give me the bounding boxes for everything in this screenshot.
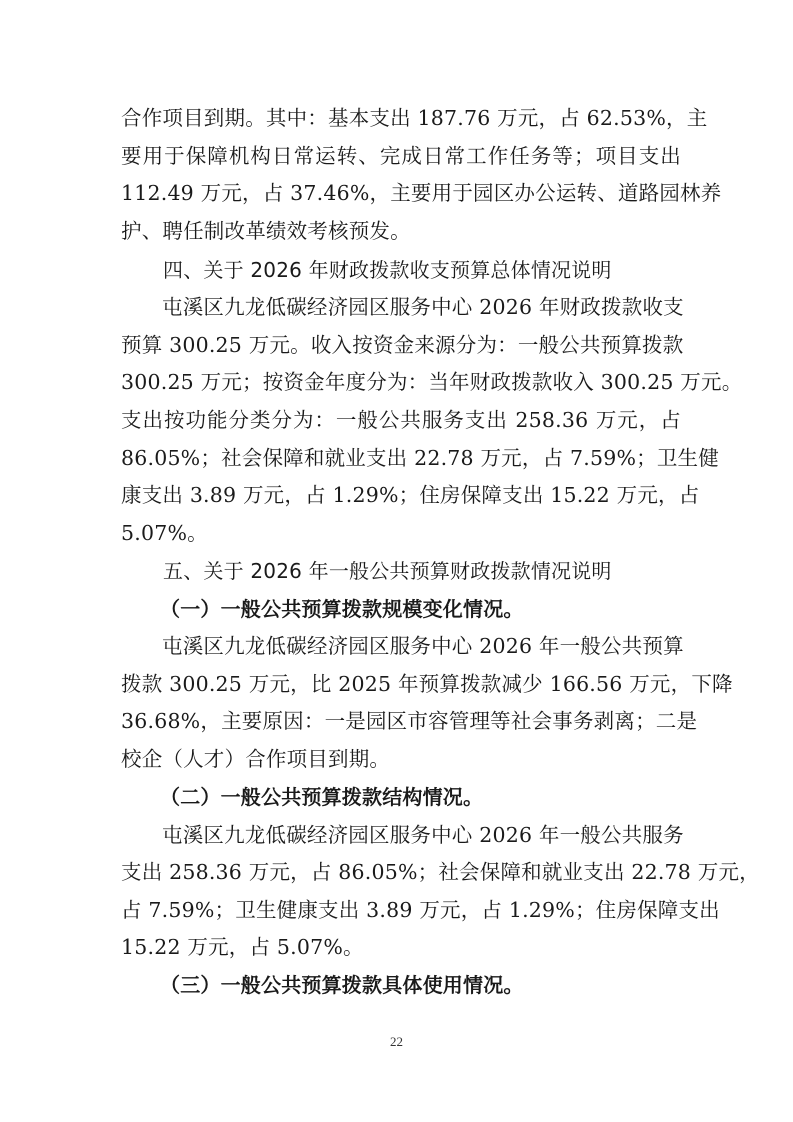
paragraph-line: 屯溪区九龙低碳经济园区服务中心 2026 年一般公共预算 bbox=[162, 631, 681, 661]
paragraph-line: 预算 300.25 万元。收入按资金来源分为：一般公共预算拨款 bbox=[121, 330, 681, 360]
subheading-1: （一）一般公共预算拨款规模变化情况。 bbox=[160, 594, 524, 624]
paragraph-line: 15.22 万元，占 5.07%。 bbox=[121, 932, 681, 962]
paragraph-line: 支出按功能分类分为：一般公共服务支出 258.36 万元，占 bbox=[121, 405, 681, 435]
section-heading-5: 五、关于 2026 年一般公共预算财政拨款情况说明 bbox=[163, 556, 612, 586]
paragraph-line: 86.05%；社会保障和就业支出 22.78 万元，占 7.59%；卫生健 bbox=[121, 443, 681, 473]
paragraph-line: 36.68%，主要原因：一是园区市容管理等社会事务剥离；二是 bbox=[121, 706, 681, 736]
paragraph-line: 5.07%。 bbox=[121, 518, 681, 548]
page-number: 22 bbox=[0, 1034, 793, 1050]
paragraph-line: 支出 258.36 万元，占 86.05%；社会保障和就业支出 22.78 万元… bbox=[121, 857, 681, 887]
document-page: 合作项目到期。其中：基本支出 187.76 万元，占 62.53%，主 要用于保… bbox=[0, 0, 793, 1122]
paragraph-line: 康支出 3.89 万元，占 1.29%；住房保障支出 15.22 万元，占 bbox=[121, 480, 681, 510]
paragraph-line: 300.25 万元；按资金年度分为：当年财政拨款收入 300.25 万元。 bbox=[121, 367, 681, 397]
paragraph-line: 112.49 万元，占 37.46%，主要用于园区办公运转、道路园林养 bbox=[121, 178, 681, 208]
section-heading-4: 四、关于 2026 年财政拨款收支预算总体情况说明 bbox=[163, 255, 612, 285]
subheading-2: （二）一般公共预算拨款结构情况。 bbox=[160, 782, 483, 812]
paragraph-line: 拨款 300.25 万元，比 2025 年预算拨款减少 166.56 万元，下降 bbox=[121, 669, 681, 699]
paragraph-line: 要用于保障机构日常运转、完成日常工作任务等；项目支出 bbox=[121, 141, 681, 171]
paragraph-line: 占 7.59%；卫生健康支出 3.89 万元，占 1.29%；住房保障支出 bbox=[121, 895, 681, 925]
paragraph-line: 合作项目到期。其中：基本支出 187.76 万元，占 62.53%，主 bbox=[121, 103, 681, 133]
paragraph-line: 校企（人才）合作项目到期。 bbox=[121, 744, 681, 774]
paragraph-line: 屯溪区九龙低碳经济园区服务中心 2026 年财政拨款收支 bbox=[162, 292, 681, 322]
paragraph-line: 屯溪区九龙低碳经济园区服务中心 2026 年一般公共服务 bbox=[162, 820, 681, 850]
subheading-3: （三）一般公共预算拨款具体使用情况。 bbox=[160, 970, 524, 1000]
paragraph-line: 护、聘任制改革绩效考核预发。 bbox=[121, 216, 681, 246]
